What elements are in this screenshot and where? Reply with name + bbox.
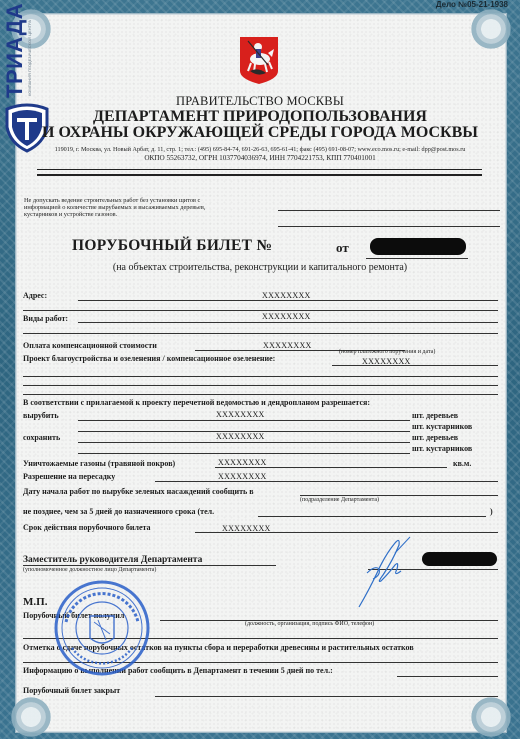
signatory-hint: (уполномоченное должностное лицо Департа… bbox=[23, 567, 156, 573]
project-label: Проект благоустройства и озеленения / ко… bbox=[23, 354, 275, 363]
work-types-line-2 bbox=[23, 333, 498, 334]
keep-shrubs-line bbox=[78, 453, 410, 454]
closed-line bbox=[155, 696, 498, 697]
deadline-close: ) bbox=[490, 507, 493, 516]
work-types-value: XXXXXXXX bbox=[262, 312, 311, 321]
department-codes: ОКПО 55263732, ОГРН 1037704036974, ИНН 7… bbox=[15, 154, 505, 162]
ornament-icon bbox=[468, 6, 514, 52]
closed-label: Порубочный билет закрыт bbox=[23, 686, 120, 695]
transplant-value: XXXXXXXX bbox=[218, 472, 267, 481]
section-divider bbox=[23, 394, 498, 395]
official-stamp-icon bbox=[50, 578, 155, 678]
cut-trees-line bbox=[78, 420, 410, 421]
validity-line bbox=[195, 532, 498, 533]
completion-phone-line bbox=[397, 676, 498, 677]
date-from-label: от bbox=[336, 240, 349, 256]
header-divider bbox=[37, 169, 482, 176]
government-title: ПРАВИТЕЛЬСТВО МОСКВЫ bbox=[15, 94, 505, 109]
address-label: Адрес: bbox=[23, 291, 47, 300]
validity-label: Срок действия порубочного билета bbox=[23, 523, 151, 532]
lawns-value: XXXXXXXX bbox=[218, 458, 267, 467]
lawns-line bbox=[215, 467, 447, 468]
signature-icon bbox=[355, 535, 425, 610]
address-line-2 bbox=[23, 310, 498, 311]
seal-place-label: М.П. bbox=[23, 596, 47, 608]
project-line bbox=[332, 365, 498, 366]
redacted-date bbox=[370, 238, 466, 255]
compensation-label: Оплата компенсационной стоимости bbox=[23, 341, 157, 350]
deadline-label: не позднее, чем за 5 дней до назначенног… bbox=[23, 507, 214, 516]
start-date-hint: (подразделение Департамента) bbox=[300, 497, 379, 503]
ornament-icon bbox=[468, 694, 514, 739]
work-types-line bbox=[78, 322, 498, 323]
lawns-label: Уничтожаемые газоны (травяной покров) bbox=[23, 459, 175, 468]
start-date-line bbox=[300, 495, 498, 496]
keep-value: XXXXXXXX bbox=[216, 432, 265, 441]
signatory-line bbox=[23, 565, 276, 566]
keep-label: сохранить bbox=[23, 433, 60, 442]
registration-line bbox=[278, 226, 500, 227]
lawns-unit: кв.м. bbox=[453, 459, 471, 468]
cut-label: вырубить bbox=[23, 411, 59, 420]
received-hint: (должность, организация, подпись ФИО, те… bbox=[245, 621, 374, 627]
deadline-phone-line bbox=[258, 516, 486, 517]
transplant-line bbox=[155, 481, 498, 482]
signatory-title: Заместитель руководителя Департамента bbox=[23, 555, 202, 565]
cut-trees-unit: шт. деревьев bbox=[412, 411, 458, 420]
section-divider bbox=[23, 385, 498, 386]
corner-doc-number: Дело №05-21-1938 bbox=[436, 0, 508, 9]
cut-shrubs-unit: шт. кустарников bbox=[412, 422, 472, 431]
logo-subtitle: КОМПАНИЯ ГЕОДЕЗИЧЕСКОЙ ЦЕНТРА bbox=[27, 20, 32, 96]
ornament-icon bbox=[8, 694, 54, 739]
ticket-subtitle: (на объектах строительства, реконструкци… bbox=[15, 262, 505, 273]
keep-trees-unit: шт. деревьев bbox=[412, 433, 458, 442]
transplant-label: Разрешение на пересадку bbox=[23, 472, 115, 481]
logo-brand: ТРИАДА bbox=[2, 3, 28, 98]
department-address: 119019, г. Москва, ул. Новый Арбат, д. 1… bbox=[15, 146, 505, 153]
compensation-value: XXXXXXXX bbox=[263, 341, 312, 350]
registration-line bbox=[278, 210, 500, 211]
compensation-hint: (номер платежного поручения и дата) bbox=[339, 349, 435, 355]
department-title-line2: И ОХРАНЫ ОКРУЖАЮЩЕЙ СРЕДЫ ГОРОДА МОСКВЫ bbox=[15, 124, 505, 142]
date-line bbox=[366, 258, 468, 259]
start-date-label: Дату начала работ по вырубке зеленых нас… bbox=[23, 487, 254, 496]
ticket-title: ПОРУБОЧНЫЙ БИЛЕТ № bbox=[72, 237, 272, 255]
construction-notice: Не допускать ведение строительных работ … bbox=[24, 197, 224, 219]
project-line-2 bbox=[23, 376, 498, 377]
permission-intro: В соответствии с прилагаемой к проекту п… bbox=[23, 398, 370, 407]
address-line bbox=[78, 300, 498, 301]
keep-shrubs-unit: шт. кустарников bbox=[412, 444, 472, 453]
moscow-coat-of-arms-icon bbox=[238, 35, 280, 85]
address-value: XXXXXXXX bbox=[262, 291, 311, 300]
keep-trees-line bbox=[78, 442, 410, 443]
cut-value: XXXXXXXX bbox=[216, 410, 265, 419]
work-types-label: Виды работ: bbox=[23, 314, 68, 323]
redacted-signatory-name bbox=[422, 552, 497, 566]
